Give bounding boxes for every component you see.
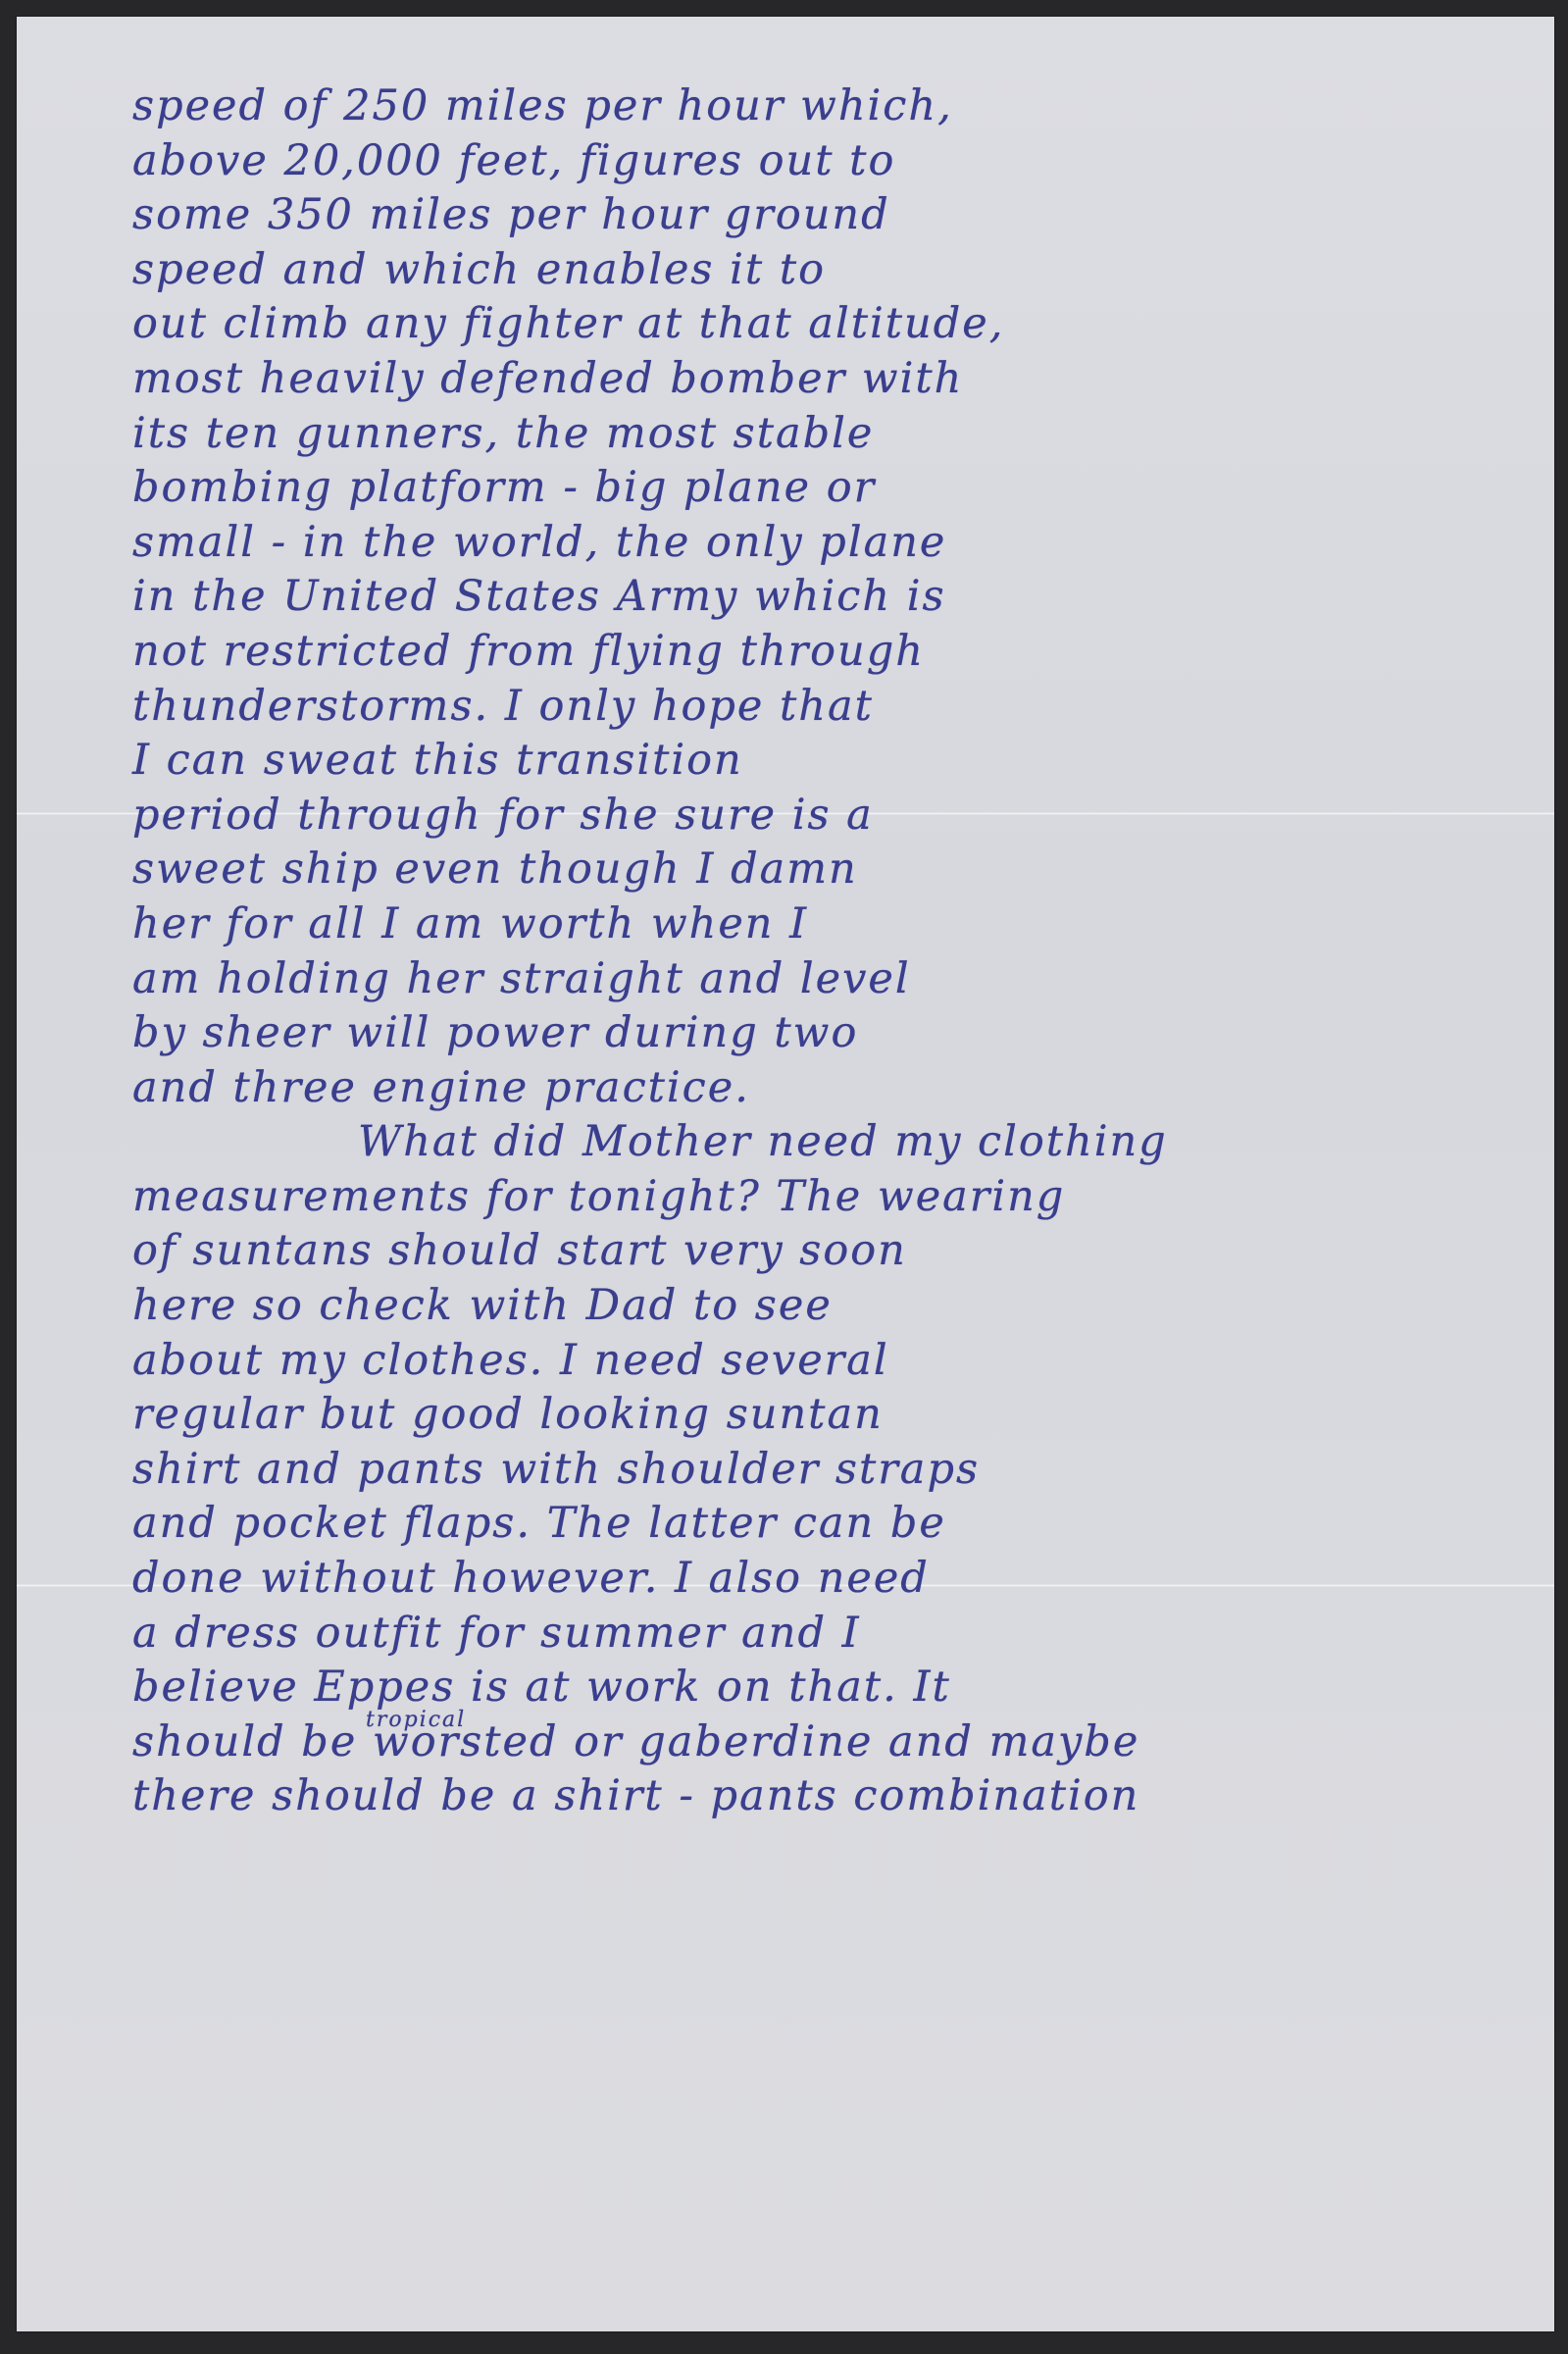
- handwritten-line: here so check with Dad to see: [132, 1279, 1525, 1334]
- handwritten-line: in the United States Army which is: [132, 570, 1525, 625]
- handwritten-line: there should be a shirt - pants combinat…: [132, 1769, 1525, 1824]
- handwritten-line: regular but good looking suntan: [132, 1388, 1525, 1443]
- paragraph-start-line: What did Mother need my clothing: [132, 1115, 1525, 1170]
- handwritten-line: I can sweat this transition: [132, 734, 1525, 789]
- handwritten-line: and pocket flaps. The latter can be: [132, 1497, 1525, 1552]
- handwritten-line: a dress outfit for summer and I: [132, 1607, 1525, 1662]
- handwritten-line: its ten gunners, the most stable: [132, 407, 1525, 462]
- handwritten-line: shirt and pants with shoulder straps: [132, 1443, 1525, 1498]
- handwritten-line: above 20,000 feet, figures out to: [132, 134, 1525, 189]
- handwritten-line: and three engine practice.: [132, 1061, 1525, 1116]
- handwritten-line: believe Eppes is at work on that. It: [132, 1661, 1525, 1715]
- handwritten-line: sweet ship even though I damn: [132, 843, 1525, 897]
- handwritten-line: not restricted from flying through: [132, 625, 1525, 680]
- handwritten-line-text: should be worsted or gaberdine and maybe: [132, 1717, 1139, 1766]
- handwritten-line: of suntans should start very soon: [132, 1224, 1525, 1279]
- handwritten-line: some 350 miles per hour ground: [132, 188, 1525, 243]
- handwritten-line: am holding her straight and level: [132, 952, 1525, 1007]
- scan-frame: speed of 250 miles per hour which, above…: [0, 0, 1568, 2354]
- handwritten-line: done without however. I also need: [132, 1552, 1525, 1607]
- inserted-word-annotation: tropical: [366, 1710, 466, 1731]
- handwritten-line: speed and which enables it to: [132, 243, 1525, 298]
- handwritten-line: out climb any fighter at that altitude,: [132, 297, 1525, 352]
- handwritten-line: her for all I am worth when I: [132, 897, 1525, 952]
- letter-page: speed of 250 miles per hour which, above…: [17, 17, 1554, 2331]
- handwritten-line: thunderstorms. I only hope that: [132, 680, 1525, 735]
- handwritten-line: measurements for tonight? The wearing: [132, 1170, 1525, 1225]
- letter-body: speed of 250 miles per hour which, above…: [132, 56, 1525, 1824]
- handwritten-line: by sheer will power during two: [132, 1006, 1525, 1061]
- handwritten-line: small - in the world, the only plane: [132, 516, 1525, 571]
- handwritten-line: tropical should be worsted or gaberdine …: [132, 1715, 1525, 1770]
- handwritten-line: speed of 250 miles per hour which,: [132, 79, 1525, 134]
- handwritten-line: bombing platform - big plane or: [132, 461, 1525, 516]
- handwritten-line: about my clothes. I need several: [132, 1334, 1525, 1389]
- handwritten-line: period through for she sure is a: [132, 789, 1525, 844]
- handwritten-line: most heavily defended bomber with: [132, 352, 1525, 407]
